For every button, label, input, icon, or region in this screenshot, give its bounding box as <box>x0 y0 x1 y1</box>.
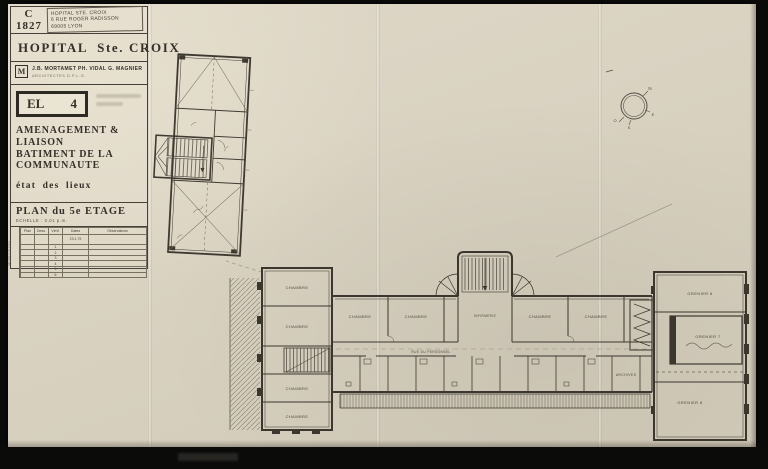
compass-mark-o: O <box>613 118 616 123</box>
compass-mark-n: N <box>648 86 651 91</box>
room-label: CHAMBRE <box>349 314 372 319</box>
room-label: GRENIER 6 <box>687 291 713 296</box>
drawing-sheet: C 1827 HOPITAL STE. CROIX 6 RUE ROGER RA… <box>8 4 756 447</box>
compass-mark-e: E <box>652 112 655 117</box>
room-label: CHAMBRE <box>286 324 309 329</box>
architects-row: M J.B. MORTAMET PH. VIDAL G. MAGNIER ARC… <box>11 62 147 85</box>
project-line: AMENAGEMENT & <box>16 125 142 137</box>
room-label: GRENIER 7 <box>695 334 721 339</box>
project-line: BATIMENT DE LA <box>16 149 142 161</box>
project-line: COMMUNAUTE <box>16 160 142 172</box>
sheet-code-row: EL 4 <box>11 91 147 117</box>
revision-date: 23.1.79 <box>63 234 89 244</box>
room-label: CHAMBRE <box>286 414 309 419</box>
archive-code: C 1827 <box>11 8 47 32</box>
revision-table: Plan Dess. Vérif. Dates Observations 23.… <box>20 227 147 278</box>
revision-table-wrap: Modifications Plan Dess. Vérif. Dates Ob… <box>11 226 147 278</box>
drawing-title: HOPITAL Ste. CROIX <box>11 34 147 62</box>
project-title: AMENAGEMENT & LIAISON BATIMENT DE LA COM… <box>11 117 147 172</box>
faint-approval-stamps <box>88 91 147 110</box>
backdrop-table-edge <box>178 453 238 461</box>
corridor-label: RUE DU PERSONNEL <box>411 350 450 354</box>
room-label: CHAMBRE <box>286 285 309 290</box>
modifications-side-label: Modifications <box>11 227 20 278</box>
backdrop-bottom <box>0 447 768 469</box>
status-note: état des lieux <box>11 172 147 191</box>
room-label: CHAMBRE <box>405 314 428 319</box>
revision-date-row: 23.1.79 <box>21 234 147 244</box>
title-block-header: C 1827 HOPITAL STE. CROIX 6 RUE ROGER RA… <box>11 7 147 34</box>
sheet-code-number: 4 <box>71 96 78 112</box>
revision-row: 6 <box>21 272 147 278</box>
room-label: GRENIER 8 <box>677 400 703 405</box>
sheet-code-letters: EL <box>27 96 44 112</box>
project-line: LIAISON <box>16 137 142 149</box>
stamp-line: 69005 LYON <box>51 22 139 31</box>
scale-note: ECHELLE : 0,01 p.m. <box>11 218 147 226</box>
room-label: CHAMBRE <box>286 386 309 391</box>
compass-mark-s: S <box>628 125 631 130</box>
room-label: CHAMBRE <box>529 314 552 319</box>
architects-names: J.B. MORTAMET PH. VIDAL G. MAGNIER <box>32 66 142 72</box>
architects-logo: M <box>15 65 28 78</box>
pencil-mark <box>556 204 672 257</box>
architects-note: ARCHITECTES D.P.L.G. <box>32 74 142 78</box>
handwritten-signature <box>686 343 732 349</box>
room-label: ARCHIVES <box>616 373 637 377</box>
compass-rose: N E S O <box>598 58 670 134</box>
hospital-address-stamp: HOPITAL STE. CROIX 6 RUE ROGER RADISSON … <box>47 6 144 33</box>
room-label: CHAMBRE <box>585 314 608 319</box>
room-label: INFIRMERIE <box>474 314 496 318</box>
plan-title: PLAN du 5e ETAGE <box>11 202 147 218</box>
sheet-code-box: EL 4 <box>16 91 88 117</box>
title-block: C 1827 HOPITAL STE. CROIX 6 RUE ROGER RA… <box>10 6 148 269</box>
pencil-arc <box>226 256 262 272</box>
main-floor-plan: CHAMBRE CHAMBRE CHAMBRE CHAMBRE CHAMBRE … <box>226 196 750 446</box>
sheet-edge-shadow <box>750 4 756 447</box>
